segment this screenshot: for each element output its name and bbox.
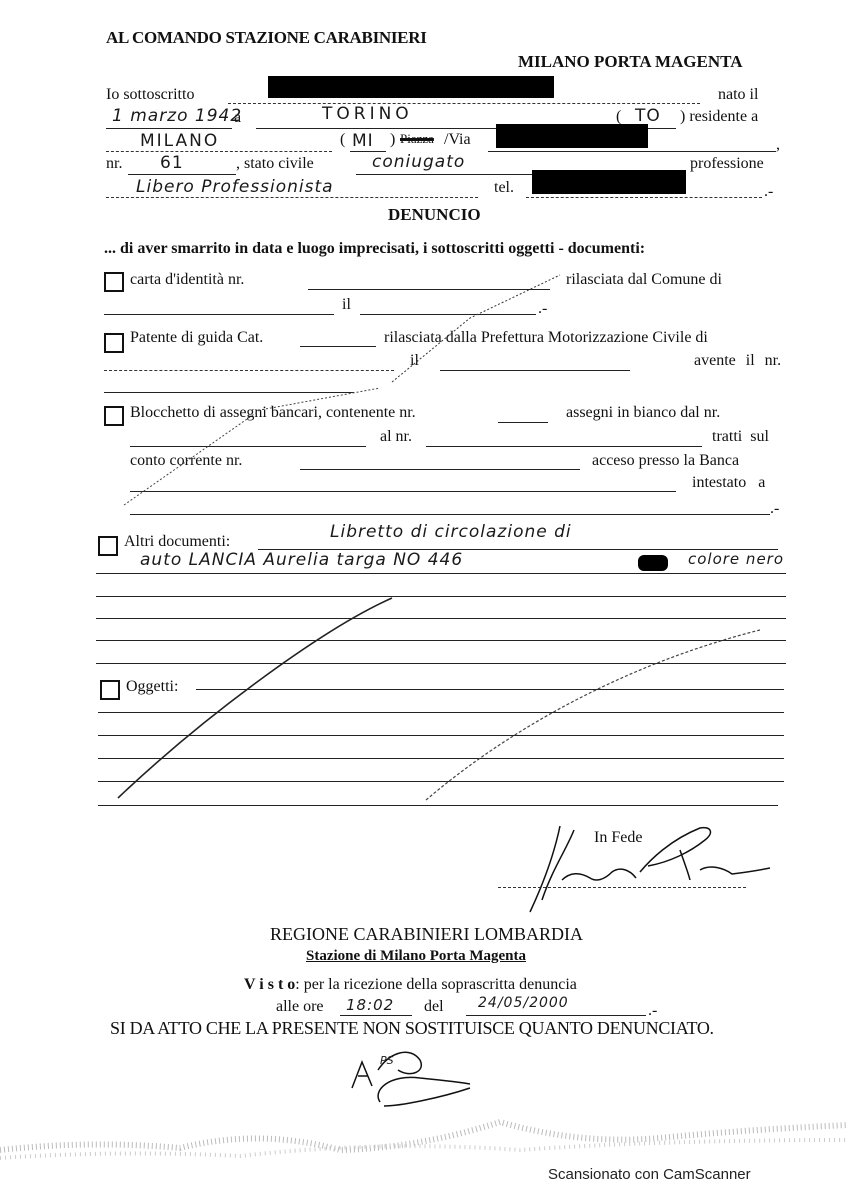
birth-date-value: 1 marzo 1942 xyxy=(112,106,242,126)
svg-text:PS: PS xyxy=(380,1054,394,1067)
other-documents-line-6 xyxy=(96,663,786,664)
driving-license-issued-label: rilasciata dalla Prefettura Motorizzazio… xyxy=(384,329,708,347)
cheque-book-checkbox[interactable] xyxy=(104,406,124,426)
other-documents-line-5 xyxy=(96,640,786,641)
other-documents-line-2 xyxy=(96,573,786,574)
other-documents-line-3 xyxy=(96,596,786,597)
driving-license-cat-line xyxy=(300,346,376,347)
identity-card-issued-label: rilasciata dal Comune di xyxy=(566,271,722,289)
residence-city-line xyxy=(106,151,332,152)
driving-license-date-label: il xyxy=(410,352,419,370)
other-documents-text-2: auto LANCIA Aurelia targa NO 446 xyxy=(140,550,463,570)
street-line xyxy=(488,151,776,152)
label-at: a xyxy=(234,109,241,127)
street-number-value: 61 xyxy=(160,153,184,173)
other-documents-label: Altri documenti: xyxy=(124,533,230,551)
name-field-line xyxy=(228,103,700,104)
receipt-date-label: del xyxy=(424,998,444,1016)
label-via: /Via xyxy=(444,131,471,149)
label-born-on: nato il xyxy=(718,86,758,104)
account-number-line xyxy=(300,469,580,470)
visto-text: : per la ricezione della soprascritta de… xyxy=(295,976,577,993)
period: .- xyxy=(538,300,547,318)
driving-license-number-line xyxy=(104,392,354,393)
profession-line xyxy=(106,197,478,198)
cheque-from-line xyxy=(130,446,366,447)
comma: , xyxy=(776,136,780,154)
objects-line-2 xyxy=(98,712,784,713)
civil-status-value: coniugato xyxy=(372,152,465,172)
paren-open-2: ( xyxy=(340,131,345,149)
birth-place-value: TORINO xyxy=(322,104,413,124)
receipt-date-value: 24/05/2000 xyxy=(478,995,569,1011)
receipt-notice: SI DA ATTO CHE LA PRESENTE NON SOSTITUIS… xyxy=(110,1018,714,1039)
cheque-drawn-label: tratti sul xyxy=(712,428,769,446)
receipt-time-line xyxy=(340,1015,412,1016)
period: .- xyxy=(764,183,773,201)
residence-city-value: MILANO xyxy=(140,131,219,151)
paren-close-2: ) xyxy=(390,131,395,149)
label-resident: ) residente a xyxy=(680,108,758,126)
objects-checkbox[interactable] xyxy=(100,680,120,700)
label-resident-text: residente a xyxy=(689,108,758,125)
scanner-watermark: Scansionato con CamScanner xyxy=(548,1166,751,1183)
cheque-to-label: al nr. xyxy=(380,428,412,446)
redacted-telephone xyxy=(532,170,686,194)
objects-line-5 xyxy=(98,781,784,782)
driving-license-date-line xyxy=(440,370,630,371)
residence-province-value: MI xyxy=(352,131,374,151)
objects-line-1 xyxy=(196,689,784,690)
receipt-time-value: 18:02 xyxy=(346,996,394,1014)
intro-text: ... di aver smarrito in data e luogo imp… xyxy=(104,240,645,258)
cheque-book-label: Blocchetto di assegni bancari, contenent… xyxy=(130,404,416,422)
label-civil-status: , stato civile xyxy=(236,155,314,173)
cheque-count-line xyxy=(498,422,548,423)
objects-line-6 xyxy=(98,805,778,806)
identity-card-checkbox[interactable] xyxy=(104,272,124,292)
other-documents-text-2-end: colore nero xyxy=(688,550,784,568)
objects-label: Oggetti: xyxy=(126,678,178,696)
driving-license-label: Patente di guida Cat. xyxy=(130,329,263,347)
in-fede-label: In Fede xyxy=(594,829,642,847)
driving-license-office-line xyxy=(104,370,394,371)
bank-label: acceso presso la Banca xyxy=(592,452,739,470)
other-documents-checkbox[interactable] xyxy=(98,536,118,556)
driving-license-number-label: avente il nr. xyxy=(694,352,781,370)
street-number-line xyxy=(128,174,236,175)
receipt-date-line xyxy=(466,1015,646,1016)
visto-label: V i s t o xyxy=(244,976,295,993)
bank-line xyxy=(130,491,676,492)
redacted-street xyxy=(496,124,648,148)
receipt-visto: V i s t o: per la ricezione della sopras… xyxy=(244,976,577,994)
piazza-struck-label: Piazza xyxy=(400,131,434,147)
identity-card-date-label: il xyxy=(342,296,351,314)
account-number-label: conto corrente nr. xyxy=(130,452,242,470)
redacted-plate-digits xyxy=(638,555,668,571)
identity-card-comune-line xyxy=(104,314,334,315)
cheque-to-line xyxy=(426,446,702,447)
birth-date-line xyxy=(106,128,232,129)
paren-close: ) xyxy=(680,108,689,125)
station-heading: MILANO PORTA MAGENTA xyxy=(518,52,743,72)
birth-province-value: TO xyxy=(635,106,661,126)
label-nr: nr. xyxy=(106,155,122,173)
other-documents-line-4 xyxy=(96,618,786,619)
receipt-time-label: alle ore xyxy=(276,998,324,1016)
document-title: DENUNCIO xyxy=(388,205,481,225)
signature-line xyxy=(498,887,746,888)
other-documents-text-1: Libretto di circolazione di xyxy=(330,522,572,542)
account-holder-label: intestato a xyxy=(692,474,765,492)
addressee-heading: AL COMANDO STAZIONE CARABINIERI xyxy=(106,28,427,48)
objects-line-3 xyxy=(98,735,784,736)
telephone-line xyxy=(526,197,762,198)
account-holder-line xyxy=(130,514,770,515)
profession-value: Libero Professionista xyxy=(136,177,334,197)
driving-license-checkbox[interactable] xyxy=(104,333,124,353)
identity-card-number-line xyxy=(308,289,550,290)
receipt-region: REGIONE CARABINIERI LOMBARDIA xyxy=(270,924,583,945)
redacted-name xyxy=(268,76,554,98)
receipt-station: Stazione di Milano Porta Magenta xyxy=(306,948,526,965)
objects-line-4 xyxy=(98,758,784,759)
period: .- xyxy=(770,500,779,518)
label-undersigned: Io sottoscritto xyxy=(106,86,194,104)
label-profession: professione xyxy=(690,155,764,173)
cheque-from-label: assegni in bianco dal nr. xyxy=(566,404,720,422)
identity-card-label: carta d'identità nr. xyxy=(130,271,244,289)
label-tel: tel. xyxy=(494,179,514,197)
identity-card-date-line xyxy=(360,314,536,315)
